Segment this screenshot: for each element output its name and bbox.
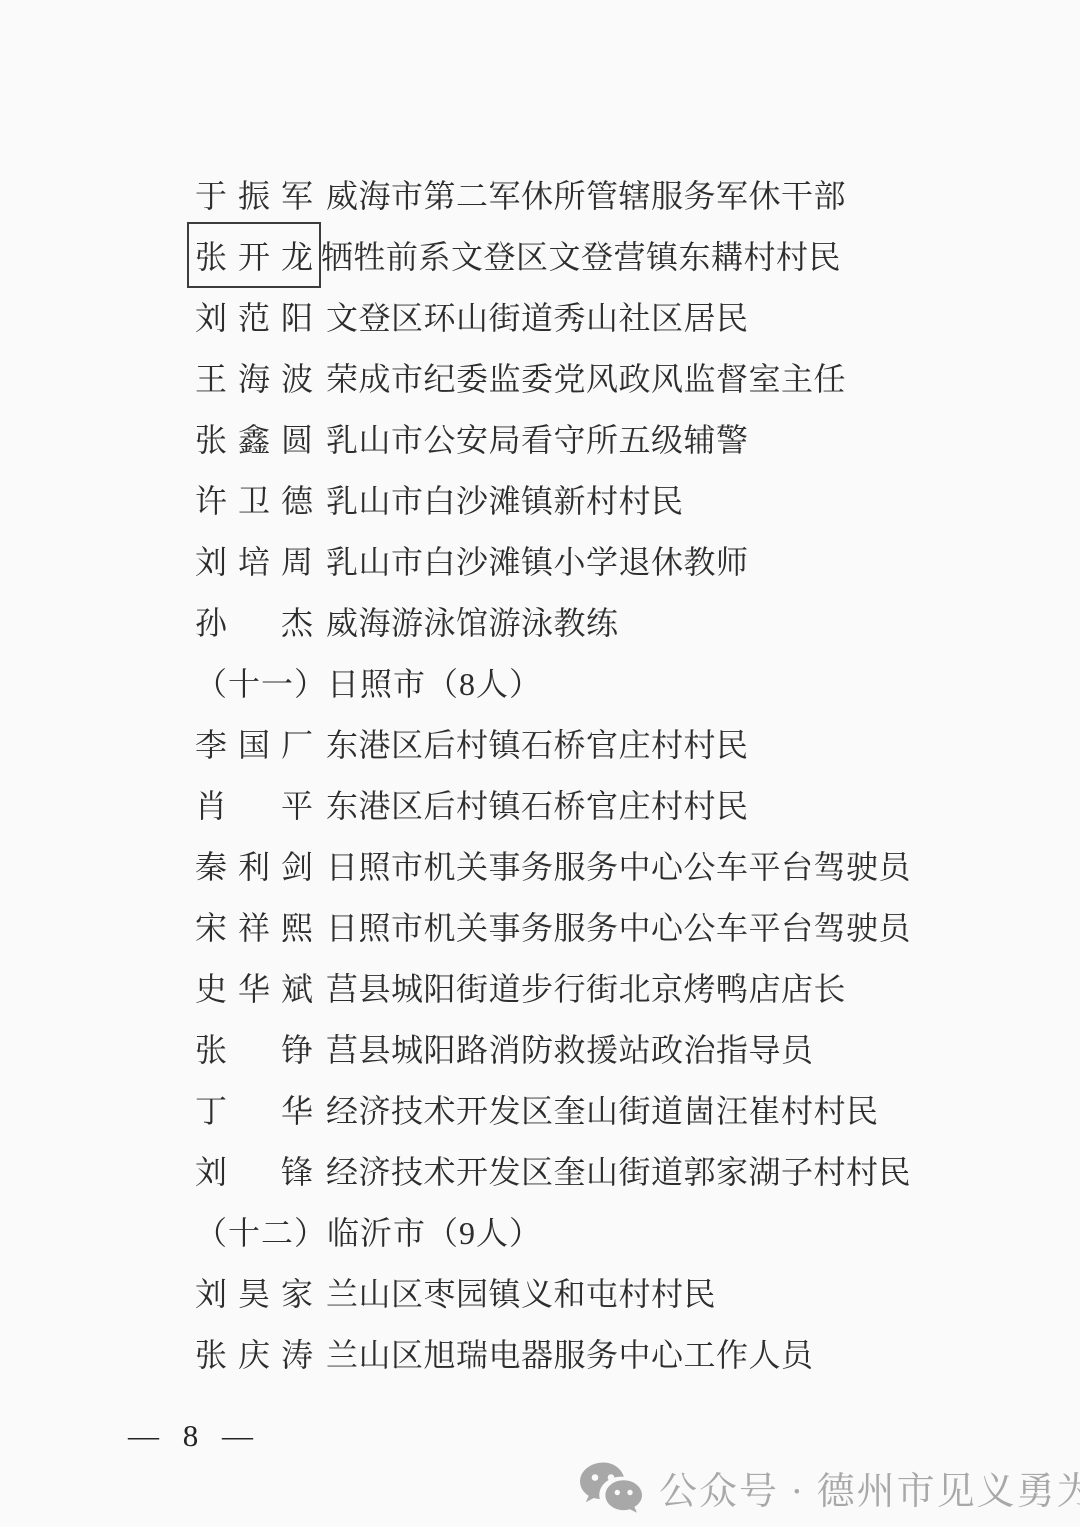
list-item: 丁 华经济技术开发区奎山街道崮汪崔村村民 bbox=[195, 1078, 1030, 1139]
person-description: 乳山市公安局看守所五级辅警 bbox=[326, 415, 749, 461]
person-description: 东港区后村镇石桥官庄村村民 bbox=[326, 781, 749, 827]
person-description: 经济技术开发区奎山街道崮汪崔村村民 bbox=[326, 1086, 879, 1132]
person-description: 经济技术开发区奎山街道郭家湖子村村民 bbox=[326, 1147, 911, 1193]
person-name: 丁 华 bbox=[195, 1086, 313, 1132]
list-item: 宋祥熙日照市机关事务服务中心公车平台驾驶员 bbox=[195, 895, 1030, 956]
document-page: 于振军威海市第二军休所管辖服务军休干部张开龙牺牲前系文登区文登营镇东耩村村民刘范… bbox=[0, 0, 1080, 1527]
section-header: （十一）日照市（8人） bbox=[195, 651, 1030, 712]
person-name: 宋祥熙 bbox=[195, 903, 313, 949]
list-item: 肖 平东港区后村镇石桥官庄村村民 bbox=[195, 773, 1030, 834]
person-name: 王海波 bbox=[195, 354, 313, 400]
person-description: 兰山区枣园镇义和屯村村民 bbox=[326, 1269, 716, 1315]
person-name: 刘 锋 bbox=[195, 1147, 313, 1193]
person-name: 刘培周 bbox=[195, 537, 313, 583]
person-name: 肖 平 bbox=[195, 781, 313, 827]
list-item: 张 铮莒县城阳路消防救援站政治指导员 bbox=[195, 1017, 1030, 1078]
watermark-text: 公众号 · 德州市见义勇为基金会 bbox=[659, 1460, 1080, 1515]
list-item: 王海波荣成市纪委监委党风政风监督室主任 bbox=[195, 346, 1030, 407]
list-item: 刘范阳文登区环山街道秀山社区居民 bbox=[195, 285, 1030, 346]
person-name: 李国厂 bbox=[195, 720, 313, 766]
person-name: 许卫德 bbox=[195, 476, 313, 522]
person-name: 于振军 bbox=[195, 171, 313, 217]
watermark-footer: 公众号 · 德州市见义勇为基金会 bbox=[578, 1460, 1080, 1515]
list-item: 秦利剑日照市机关事务服务中心公车平台驾驶员 bbox=[195, 834, 1030, 895]
list-item: 孙 杰威海游泳馆游泳教练 bbox=[195, 590, 1030, 651]
person-name: 张 铮 bbox=[195, 1025, 313, 1071]
person-description: 荣成市纪委监委党风政风监督室主任 bbox=[326, 354, 846, 400]
person-description: 日照市机关事务服务中心公车平台驾驶员 bbox=[326, 842, 911, 888]
person-description: 文登区环山街道秀山社区居民 bbox=[326, 293, 749, 339]
list-item: 李国厂东港区后村镇石桥官庄村村民 bbox=[195, 712, 1030, 773]
person-description: 牺牲前系文登区文登营镇东耩村村民 bbox=[321, 232, 841, 278]
list-item: 张开龙牺牲前系文登区文登营镇东耩村村民 bbox=[195, 224, 1030, 285]
person-description: 东港区后村镇石桥官庄村村民 bbox=[326, 720, 749, 766]
person-name: 刘昊家 bbox=[195, 1269, 313, 1315]
person-description: 威海游泳馆游泳教练 bbox=[326, 598, 619, 644]
section-header: （十二）临沂市（9人） bbox=[195, 1200, 1030, 1261]
person-name: 史华斌 bbox=[195, 964, 313, 1010]
person-name: 秦利剑 bbox=[195, 842, 313, 888]
list-item: 张庆涛兰山区旭瑞电器服务中心工作人员 bbox=[195, 1322, 1030, 1383]
person-description: 莒县城阳街道步行街北京烤鸭店店长 bbox=[326, 964, 846, 1010]
person-description: 乳山市白沙滩镇新村村民 bbox=[326, 476, 684, 522]
list-item: 史华斌莒县城阳街道步行街北京烤鸭店店长 bbox=[195, 956, 1030, 1017]
section-title: （十一）日照市（8人） bbox=[195, 659, 542, 705]
person-name: 刘范阳 bbox=[195, 293, 313, 339]
person-name: 张庆涛 bbox=[195, 1330, 313, 1376]
section-title: （十二）临沂市（9人） bbox=[195, 1208, 542, 1254]
list-item: 刘 锋经济技术开发区奎山街道郭家湖子村村民 bbox=[195, 1139, 1030, 1200]
person-name-boxed: 张开龙 bbox=[187, 222, 321, 288]
roster-list: 于振军威海市第二军休所管辖服务军休干部张开龙牺牲前系文登区文登营镇东耩村村民刘范… bbox=[195, 163, 1030, 1383]
person-description: 兰山区旭瑞电器服务中心工作人员 bbox=[326, 1330, 814, 1376]
page-number: — 8 — bbox=[128, 1418, 256, 1454]
person-name: 张鑫圆 bbox=[195, 415, 313, 461]
person-description: 乳山市白沙滩镇小学退休教师 bbox=[326, 537, 749, 583]
list-item: 刘昊家兰山区枣园镇义和屯村村民 bbox=[195, 1261, 1030, 1322]
person-description: 莒县城阳路消防救援站政治指导员 bbox=[326, 1025, 814, 1071]
list-item: 于振军威海市第二军休所管辖服务军休干部 bbox=[195, 163, 1030, 224]
list-item: 张鑫圆乳山市公安局看守所五级辅警 bbox=[195, 407, 1030, 468]
person-description: 日照市机关事务服务中心公车平台驾驶员 bbox=[326, 903, 911, 949]
person-name: 孙 杰 bbox=[195, 598, 313, 644]
list-item: 许卫德乳山市白沙滩镇新村村民 bbox=[195, 468, 1030, 529]
person-description: 威海市第二军休所管辖服务军休干部 bbox=[326, 171, 846, 217]
wechat-icon bbox=[578, 1461, 644, 1515]
list-item: 刘培周乳山市白沙滩镇小学退休教师 bbox=[195, 529, 1030, 590]
